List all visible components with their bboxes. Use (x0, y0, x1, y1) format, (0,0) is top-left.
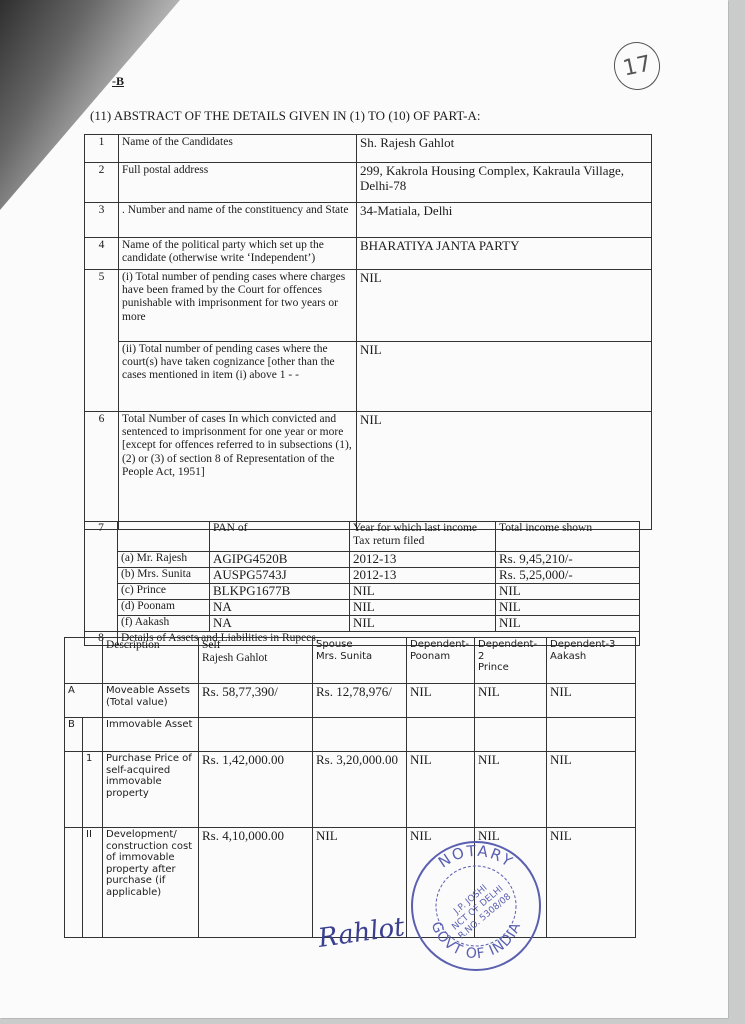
year: 2012-13 (350, 552, 496, 568)
column-header: Year for which last income Tax return fi… (350, 522, 496, 552)
row-label: (ii) Total number of pending cases where… (119, 342, 357, 412)
value-dep3: NIL (547, 684, 636, 718)
row-value: NIL (357, 412, 652, 530)
row-number: 6 (85, 412, 119, 530)
row-desc: Moveable Assets (Total value) (103, 684, 199, 718)
row-code: B (65, 718, 83, 752)
income: NIL (496, 583, 640, 599)
income: Rs. 5,25,000/- (496, 567, 640, 583)
table-row: (a) Mr. Rajesh AGIPG4520B 2012-13 Rs. 9,… (85, 552, 640, 568)
row-code: A (65, 684, 103, 718)
column-header: Self Rajesh Gahlot (199, 638, 313, 684)
person: (a) Mr. Rajesh (118, 552, 210, 568)
column-header: Description (103, 638, 199, 684)
svg-text:NOTARY: NOTARY (435, 842, 517, 872)
table-row: 5 (i) Total number of pending cases wher… (85, 270, 652, 342)
column-header: Spouse Mrs. Sunita (313, 638, 407, 684)
value-dep1: NIL (407, 684, 475, 718)
table-row: 4 Name of the political party which set … (85, 238, 652, 270)
table-row: B Immovable Asset (65, 718, 636, 752)
value-spouse: Rs. 12,78,976/ (313, 684, 407, 718)
value-self: Rs. 58,77,390/ (199, 684, 313, 718)
year: NIL (350, 599, 496, 615)
folded-corner (0, 0, 180, 210)
stamp-top-text: NOTARY (435, 842, 517, 872)
row-value: BHARATIYA JANTA PARTY (357, 238, 652, 270)
year: NIL (350, 615, 496, 631)
table-row: A Moveable Assets (Total value) Rs. 58,7… (65, 684, 636, 718)
income-table: 7 PAN of Year for which last income Tax … (84, 521, 640, 646)
value-self: Rs. 1,42,000.00 (199, 752, 313, 828)
table-row: (b) Mrs. Sunita AUSPG5743J 2012-13 Rs. 5… (85, 567, 640, 583)
table-row: 1 Purchase Price of self-acquired immova… (65, 752, 636, 828)
table-row: (ii) Total number of pending cases where… (85, 342, 652, 412)
row-desc: Purchase Price of self-acquired immovabl… (103, 752, 199, 828)
person: (d) Poonam (118, 599, 210, 615)
table-row: 7 PAN of Year for which last income Tax … (85, 522, 640, 552)
value-dep3: NIL (547, 752, 636, 828)
row-number: 4 (85, 238, 119, 270)
handwritten-page-number: 17 (610, 38, 665, 95)
row-value: NIL (357, 342, 652, 412)
value-dep2: NIL (475, 684, 547, 718)
notary-stamp: NOTARY GOVT OF INDIA J.P. JOSHI NCT OF D… (408, 838, 544, 974)
value-spouse: Rs. 3,20,000.00 (313, 752, 407, 828)
row-value: 299, Kakrola Housing Complex, Kakraula V… (357, 163, 652, 203)
income: Rs. 9,45,210/- (496, 552, 640, 568)
row-value: Sh. Rajesh Gahlot (357, 135, 652, 163)
pan: NA (210, 615, 350, 631)
column-header: Dependent-3 Aakash (547, 638, 636, 684)
row-desc: Immovable Asset (103, 718, 199, 752)
table-row: Description Self Rajesh Gahlot Spouse Mr… (65, 638, 636, 684)
person: (b) Mrs. Sunita (118, 567, 210, 583)
row-number: 5 (85, 270, 119, 412)
row-label: Total Number of cases In which convicted… (119, 412, 357, 530)
income: NIL (496, 615, 640, 631)
row-sub: 1 (83, 752, 103, 828)
person: (c) Prince (118, 583, 210, 599)
table-row: (c) Prince BLKPG1677B NIL NIL (85, 583, 640, 599)
table-row: (f) Aakash NA NIL NIL (85, 615, 640, 631)
column-header: PAN of (210, 522, 350, 552)
person: (f) Aakash (118, 615, 210, 631)
row-value: NIL (357, 270, 652, 342)
pan: NA (210, 599, 350, 615)
income: NIL (496, 599, 640, 615)
assets-table: Description Self Rajesh Gahlot Spouse Mr… (64, 637, 636, 938)
row-value: 34-Matiala, Delhi (357, 203, 652, 238)
column-header: Total income shown (496, 522, 640, 552)
row-label: Name of the political party which set up… (119, 238, 357, 270)
value-self: Rs. 4,10,000.00 (199, 828, 313, 938)
row-label: (i) Total number of pending cases where … (119, 270, 357, 342)
column-header: Dependent-2 Prince (475, 638, 547, 684)
value-dep3: NIL (547, 828, 636, 938)
pan: AUSPG5743J (210, 567, 350, 583)
row-sub: II (83, 828, 103, 938)
row-desc: Development/ construction cost of immova… (103, 828, 199, 938)
year: NIL (350, 583, 496, 599)
pan: AGIPG4520B (210, 552, 350, 568)
value-dep2: NIL (475, 752, 547, 828)
row-number: 7 (85, 522, 118, 632)
column-header: Dependent- Poonam (407, 638, 475, 684)
year: 2012-13 (350, 567, 496, 583)
table-row: 6 Total Number of cases In which convict… (85, 412, 652, 530)
value-dep1: NIL (407, 752, 475, 828)
table-row: (d) Poonam NA NIL NIL (85, 599, 640, 615)
pan: BLKPG1677B (210, 583, 350, 599)
